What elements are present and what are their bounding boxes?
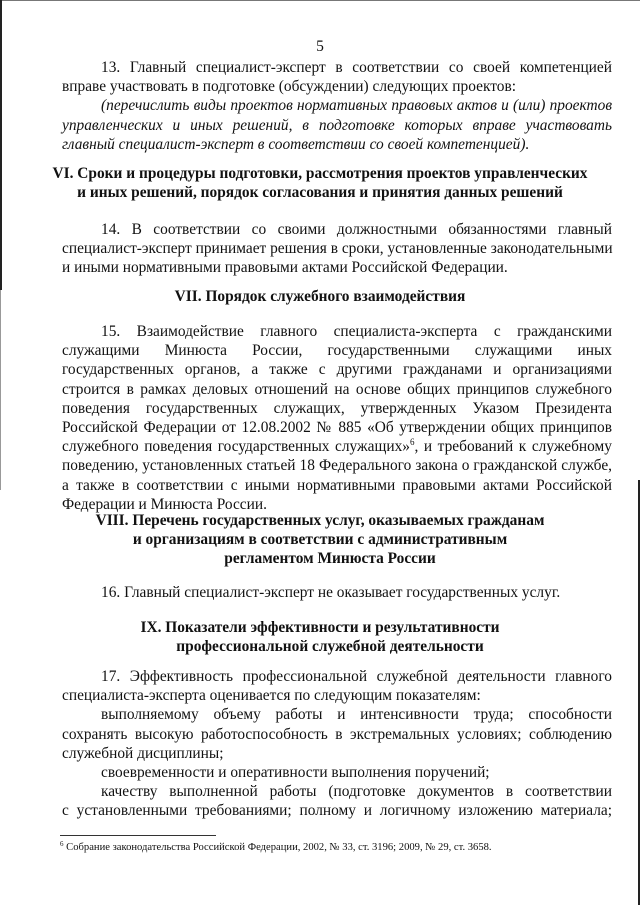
paragraph-line: поведению, установленных статьей 18 Феде… [62, 456, 612, 475]
paragraph-line: своевременности и оперативности выполнен… [62, 763, 612, 782]
heading-line: VIII. Перечень государственных услуг, ок… [0, 511, 640, 530]
paragraph-13: 13. Главный специалист-эксперт в соответ… [62, 58, 612, 154]
paragraph-line: строится в рамках деловых отношений на о… [62, 380, 612, 399]
paragraph-line: 13. Главный специалист-эксперт в соответ… [62, 58, 612, 77]
heading-line: и организациям в соответствии с админист… [0, 530, 640, 549]
section-heading-viii: VIII. Перечень государственных услуг, ок… [0, 511, 640, 569]
paragraph-line: специалист-эксперт принимает решения в с… [62, 239, 612, 258]
paragraph-line: поведения государственных служащих, утве… [62, 399, 612, 418]
document-page: 5 13. Главный специалист-эксперт в соотв… [0, 0, 640, 905]
heading-line: профессиональной служебной деятельности [0, 637, 640, 656]
text-fragment: , и требований к служебному [415, 438, 613, 455]
paragraph-line: 15. Взаимодействие главного специалиста-… [62, 322, 612, 341]
heading-line: VI. Сроки и процедуры подготовки, рассмо… [0, 164, 640, 183]
paragraph-line: вправе участвовать в подготовке (обсужде… [62, 77, 612, 96]
paragraph-15: 15. Взаимодействие главного специалиста-… [62, 322, 612, 514]
paragraph-line: Российской Федерации от 12.08.2002 № 885… [62, 418, 612, 437]
paragraph-line: качеству выполненной работы (подготовке … [62, 782, 612, 801]
section-heading-ix: IX. Показатели эффективности и результат… [0, 618, 640, 656]
paragraph-line: сохранять высокую работоспособность в эк… [62, 725, 612, 744]
paragraph-line: а также в соответствии с иными нормативн… [62, 476, 612, 495]
paragraph-line-italic: главный специалист-эксперт в соответстви… [62, 135, 612, 154]
heading-line: регламентом Минюста России [0, 549, 640, 568]
paragraph-line-with-footnote: служебного поведения государственных слу… [62, 437, 612, 456]
paragraph-line: 17. Эффективность профессиональной служе… [62, 667, 612, 686]
paragraph-line: служебной дисциплины; [62, 744, 612, 763]
footnote-text: Собрание законодательства Российской Фед… [64, 842, 492, 853]
paragraph-16: 16. Главный специалист-эксперт не оказыв… [62, 583, 612, 602]
paragraph-line: 14. В соответствии со своими должностным… [62, 220, 612, 239]
page-number: 5 [0, 38, 640, 56]
heading-line: IX. Показатели эффективности и результат… [0, 618, 640, 637]
paragraph-line: специалиста-эксперта оценивается по след… [62, 686, 612, 705]
paragraph-14: 14. В соответствии со своими должностным… [62, 220, 612, 278]
footnote: 6 Собрание законодательства Российской Ф… [60, 842, 492, 853]
section-heading-vi: VI. Сроки и процедуры подготовки, рассмо… [0, 164, 640, 202]
footnote-separator [60, 835, 216, 836]
heading-line: и иных решений, порядок согласования и п… [0, 183, 640, 202]
paragraph-17: 17. Эффективность профессиональной служе… [62, 667, 612, 821]
paragraph-line: государственных органов, а также с други… [62, 360, 612, 379]
paragraph-line-italic: управленческих и иных решений, в подгото… [62, 116, 612, 135]
paragraph-line: выполняемому объему работы и интенсивнос… [62, 705, 612, 724]
section-heading-vii: VII. Порядок служебного взаимодействия [0, 287, 640, 306]
paragraph-line: и иными нормативными правовыми актами Ро… [62, 258, 612, 277]
paragraph-line-italic: (перечислить виды проектов нормативных п… [62, 96, 612, 115]
text-fragment: служебного поведения государственных слу… [62, 438, 410, 455]
paragraph-line: с установленными требованиями; полному и… [62, 801, 612, 820]
paragraph-line: 16. Главный специалист-эксперт не оказыв… [62, 583, 612, 602]
paragraph-line: служащими Минюста России, государственны… [62, 341, 612, 360]
heading-line: VII. Порядок служебного взаимодействия [0, 287, 640, 306]
